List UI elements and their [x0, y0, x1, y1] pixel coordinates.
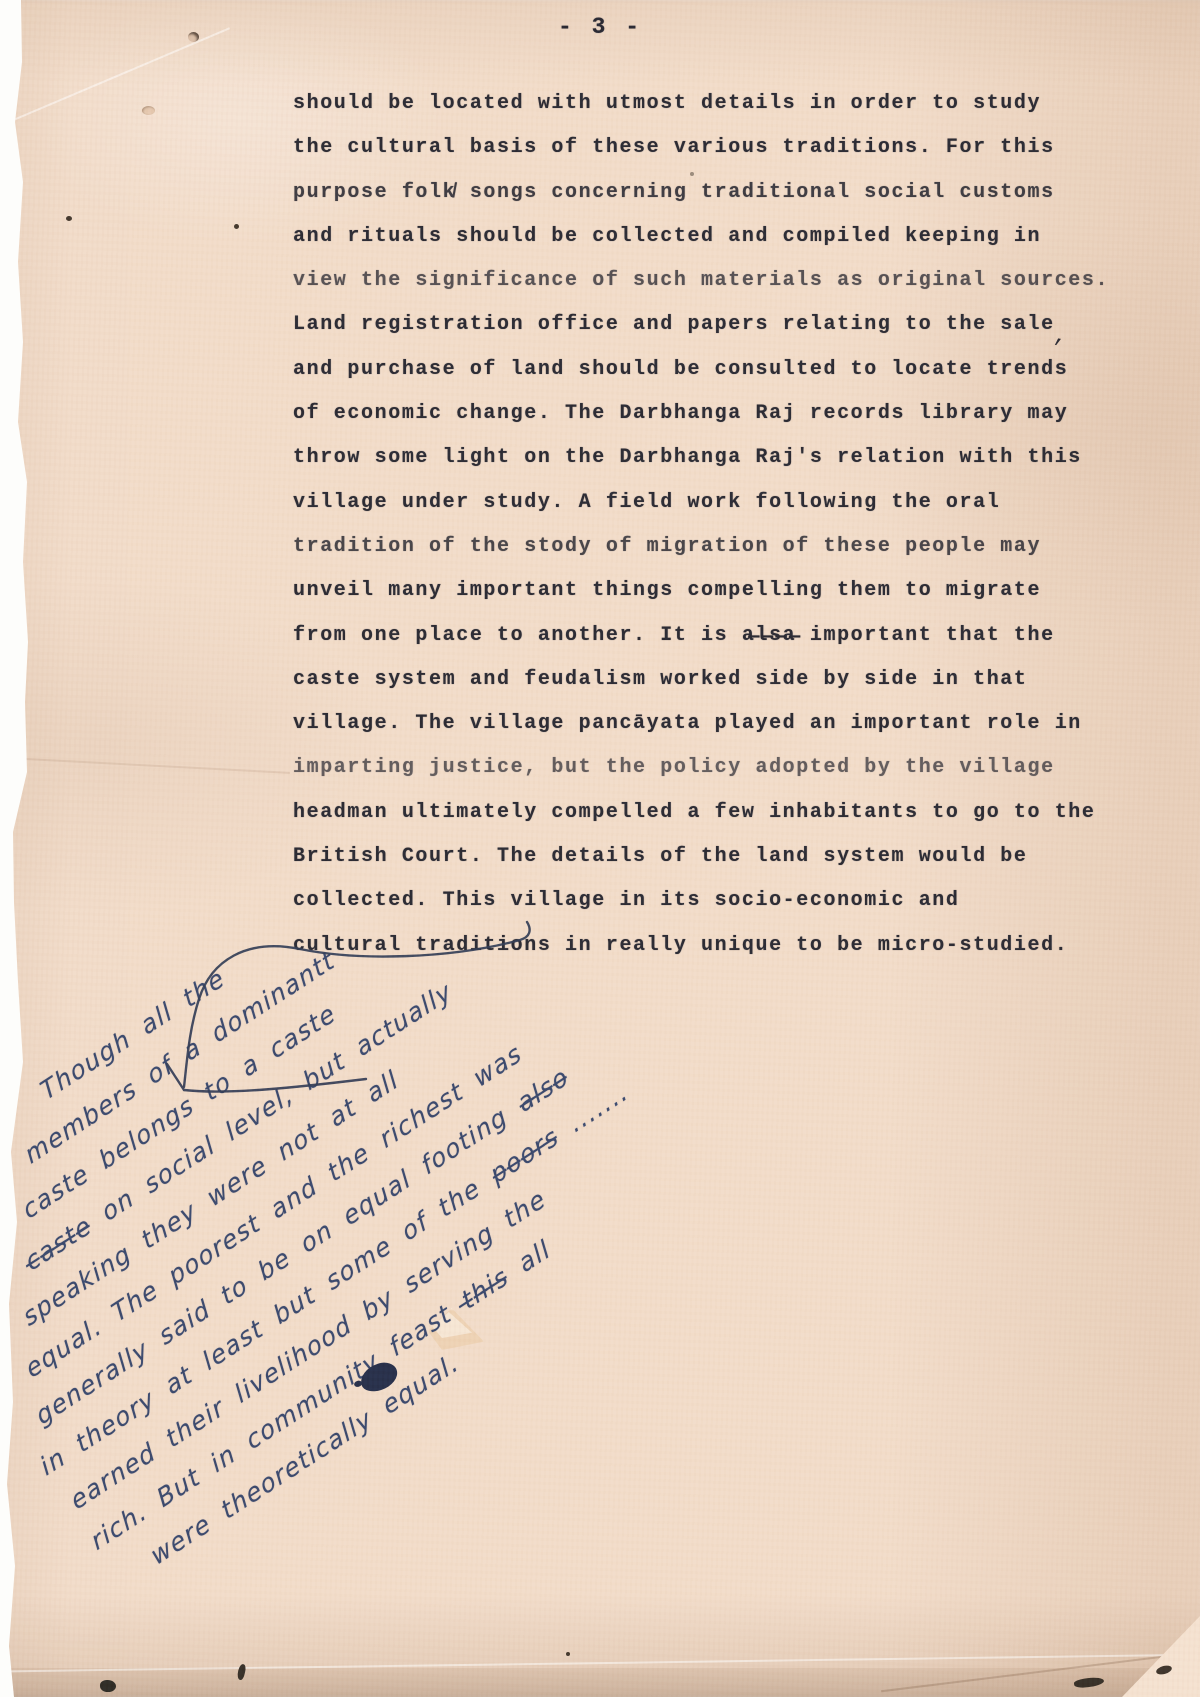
- typed-line: unveil many important things compelling …: [293, 569, 1133, 613]
- corner-tear: [1108, 1608, 1200, 1697]
- staple-hole: [142, 106, 155, 115]
- typed-line: imparting justice, but the policy adopte…: [293, 746, 1133, 790]
- typed-line: from one place to another. It is a̶l̶s̶a…: [293, 614, 1133, 658]
- ink-speck: [234, 224, 239, 229]
- handwriting-line: earned their livelihood by serving the: [62, 829, 1089, 1523]
- typed-line: of economic change. The Darbhanga Raj re…: [293, 392, 1133, 436]
- scanned-page: - 3 - should be located with utmost deta…: [0, 0, 1200, 1697]
- paper-sheet: - 3 - should be located with utmost deta…: [0, 0, 1200, 1697]
- paper-chip: [428, 1308, 484, 1350]
- handwriting-line: c̶a̶s̶t̶e̶ on social level, but actually: [17, 640, 967, 1284]
- typed-line: British Court. The details of the land s…: [293, 835, 1133, 879]
- typed-line: village. The village pancāyata played an…: [293, 702, 1133, 746]
- typed-line: headman ultimately compelled a few inhab…: [293, 791, 1133, 835]
- ink-speck: [690, 172, 694, 176]
- typed-line: and rituals should be collected and comp…: [293, 215, 1133, 259]
- page-number: - 3 -: [0, 14, 1200, 40]
- typed-paragraph: should be located with utmost details in…: [293, 82, 1133, 968]
- handwriting-line: caste belongs to a caste: [14, 602, 942, 1232]
- typed-line: collected. This village in its socio-eco…: [293, 879, 1133, 923]
- handwriting-line: speaking they were not at all: [15, 678, 992, 1339]
- fold-crease: [0, 27, 230, 130]
- handwriting-line: equal. The poorest and the richest was: [17, 716, 1015, 1391]
- bottom-fold-shadow: [0, 1668, 1200, 1697]
- typed-line: and purchase of land should be consulted…: [293, 348, 1133, 392]
- typed-line: village under study. A field work follow…: [293, 481, 1133, 525]
- typed-line: should be located with utmost details in…: [293, 82, 1133, 126]
- ink-speck: [100, 1680, 116, 1692]
- ink-speck: [566, 1652, 570, 1656]
- handwriting-line: rich. But in community feast t̶h̶i̶s̶ al…: [83, 867, 1114, 1564]
- typed-line: throw some light on the Darbhanga Raj's …: [293, 436, 1133, 480]
- tear-shadow: [1155, 1664, 1173, 1676]
- fold-crease: [0, 1654, 1200, 1673]
- ink-blot: [357, 1359, 401, 1395]
- typed-line: cultural traditions in really unique to …: [293, 924, 1133, 968]
- handwriting-note: Though all the members of a dominantt ca…: [0, 528, 1140, 1515]
- tear-shadow: [1074, 1676, 1105, 1689]
- staple-hole: [188, 32, 199, 42]
- typed-line: tradition of the stody of migration of t…: [293, 525, 1133, 569]
- insertion-arrow: [0, 0, 1200, 1697]
- typed-line: Land registration office and papers rela…: [293, 303, 1133, 347]
- handwriting-line: generally said to be on equal footing a̶…: [27, 753, 1040, 1438]
- handwriting-line: members of a dominantt: [16, 565, 917, 1177]
- typed-line: caste system and feudalism worked side b…: [293, 658, 1133, 702]
- typed-line: view the significance of such materials …: [293, 259, 1133, 303]
- ink-speck: [66, 216, 72, 221]
- typed-line: the cultural basis of these various trad…: [293, 126, 1133, 170]
- stray-typed-mark: ,: [1052, 323, 1070, 350]
- fold-crease: [881, 1654, 1179, 1693]
- fold-crease: [0, 756, 290, 774]
- handwriting-line: in theory at least but some of the p̶o̶o…: [32, 791, 1065, 1489]
- handwriting-line: were theoretically equal.: [142, 904, 1138, 1578]
- ink-speck: [236, 1663, 247, 1680]
- handwriting-line: Though all the: [32, 527, 893, 1113]
- typed-line: purpose folk̸ songs concerning tradition…: [293, 171, 1133, 215]
